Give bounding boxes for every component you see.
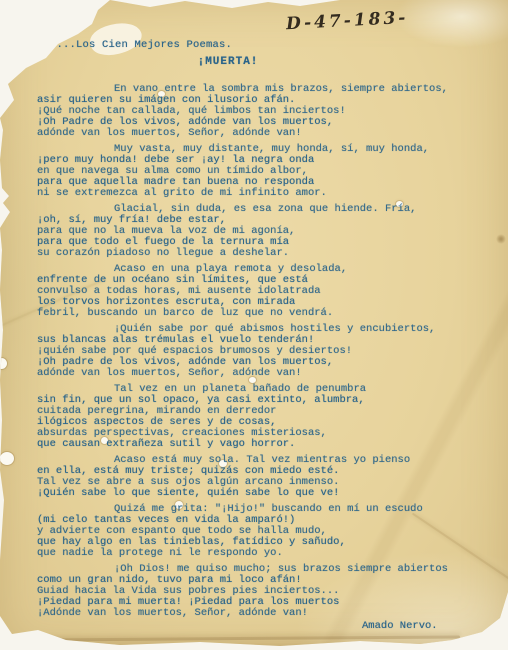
poem-line: Acaso en una playa remota y desolada, [37,264,480,275]
poem-line: que causan extrañeza sutil y vago horror… [37,439,480,450]
poem-line: ¡Adónde van los muertos, Señor, adónde v… [37,608,480,619]
poem-line: ¡Qué noche tan callada, qué limbos tan i… [37,106,480,117]
handwritten-catalog-number: D-47-183- [286,8,409,34]
stanza: ¡Oh Dios! me quiso mucho; sus brazos sie… [37,564,480,619]
poem-line: Glacial, sin duda, es esa zona que hiend… [37,204,480,215]
paper-hole [0,358,7,369]
poem-line: Tal vez en un planeta bañado de penumbra [37,384,480,395]
poem-line: Quizá me grita: "¡Hijo!" buscando en mí … [37,504,480,515]
stanza: Quizá me grita: "¡Hijo!" buscando en mí … [37,504,480,559]
stanza: En vano entre la sombra mis brazos, siem… [37,84,480,139]
scanned-paper-sheet: De....Los Cien Mejores Poemas. D-47-183-… [0,0,508,650]
poem-line: cuitada peregrina, mirando en derredor [37,406,480,417]
poem-line: su corazón piadoso no llegue a deshelar. [37,248,480,259]
poem-line: convulso a todas horas, mi ausente idola… [37,286,480,297]
stanza: ¡Quién sabe por qué abismos hostiles y e… [37,324,480,379]
poem-line: ¡Quién sabe por qué abismos hostiles y e… [37,324,480,335]
poem-line: ¡Oh Dios! me quiso mucho; sus brazos sie… [37,564,480,575]
author-signature: Amado Nervo. [362,621,480,632]
poem-line: absurdas perspectivas, creaciones mister… [37,428,480,439]
poem-line: y advierte con espanto que todo se halla… [37,526,480,537]
poem-line: Acaso está muy sola. Tal vez mientras yo… [37,455,480,466]
stanza: Acaso está muy sola. Tal vez mientras yo… [37,455,480,499]
poem-line: ni se extremezca al grito de mi infinito… [37,188,480,199]
poem-line: Guiad hacia la Vida sus pobres pies inci… [37,586,480,597]
poem-line: Muy vasta, muy distante, muy honda, sí, … [37,144,480,155]
poem-line: febril, buscando un barco de luz que no … [37,308,480,319]
poem-line: ¡Quién sabe lo que siente, quién sabe lo… [37,488,480,499]
collection-header: De....Los Cien Mejores Poemas. [37,39,232,51]
stanza: Muy vasta, muy distante, muy honda, sí, … [37,144,480,199]
poem-title: ¡MUERTA! [0,56,456,68]
paper-hole [0,452,14,465]
poem-line: ¡quién sabe por qué espacios brumosos y … [37,346,480,357]
poem-line: adónde van los muertos, Señor, adónde va… [37,128,480,139]
stanza: Tal vez en un planeta bañado de penumbra… [37,384,480,450]
poem-line: para que no la mueva la voz de mi agonía… [37,226,480,237]
stanza: Glacial, sin duda, es esa zona que hiend… [37,204,480,259]
poem-line: adónde van los muertos, Señor, adónde va… [37,368,480,379]
poem-line: En vano entre la sombra mis brazos, siem… [37,84,480,95]
poem-line: Tal vez se abre a sus ojos algún arcano … [37,477,480,488]
poem-body: En vano entre la sombra mis brazos, siem… [37,84,480,632]
poem-line: en que navega su alma como un tímido alb… [37,166,480,177]
poem-line: que nadie la protege ni le respondo yo. [37,548,480,559]
paper-fold-shadow [30,635,460,641]
stanza: Acaso en una playa remota y desolada,enf… [37,264,480,319]
